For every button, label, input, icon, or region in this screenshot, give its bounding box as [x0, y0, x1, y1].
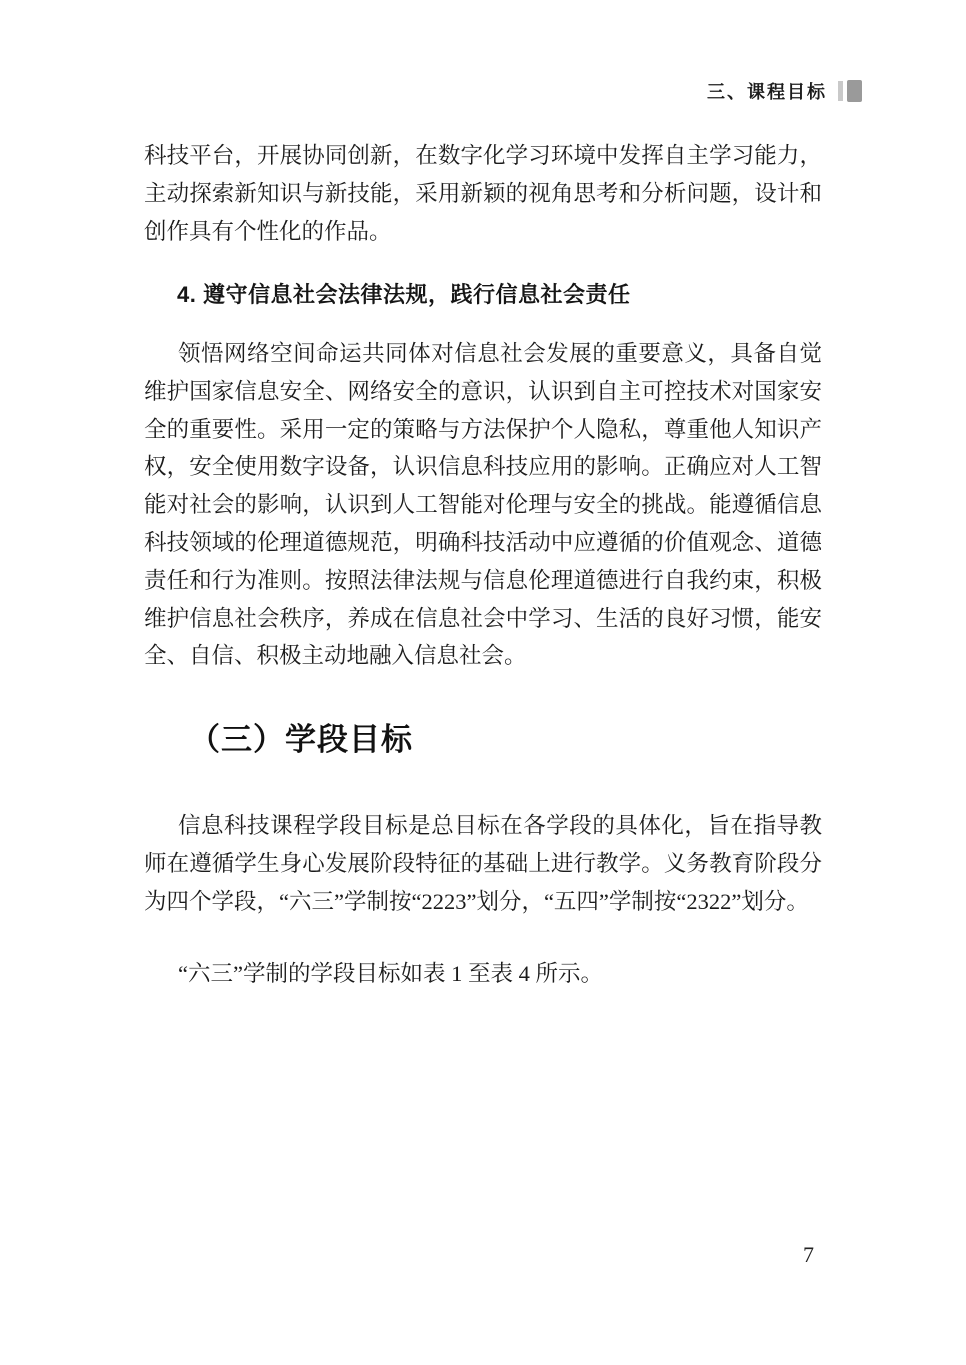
section-heading-stage-goals: （三）学段目标 [144, 714, 413, 759]
page-number: 7 [803, 1242, 814, 1268]
header-decoration-bars [838, 80, 862, 102]
paragraph-stage-goals: 信息科技课程学段目标是总目标在各学段的具体化，旨在指导教师在遵循学生身心发展阶段… [144, 807, 822, 920]
decoration-bar-light [838, 81, 843, 101]
running-header-title: 三、课程目标 [707, 78, 827, 104]
paragraph-table-reference: “六三”学制的学段目标如表 1 至表 4 所示。 [144, 955, 822, 993]
running-header: 三、课程目标 [707, 78, 862, 104]
document-page: 三、课程目标 科技平台，开展协同创新，在数字化学习环境中发挥自主学习能力，主动探… [0, 0, 966, 1365]
paragraph-continuation: 科技平台，开展协同创新，在数字化学习环境中发挥自主学习能力，主动探索新知识与新技… [144, 137, 822, 250]
paragraph-section-4: 领悟网络空间命运共同体对信息社会发展的重要意义，具备自觉维护国家信息安全、网络安… [144, 335, 822, 675]
numbered-heading-4: 4. 遵守信息社会法律法规，践行信息社会责任 [144, 278, 822, 309]
decoration-bar-dark [847, 80, 862, 102]
